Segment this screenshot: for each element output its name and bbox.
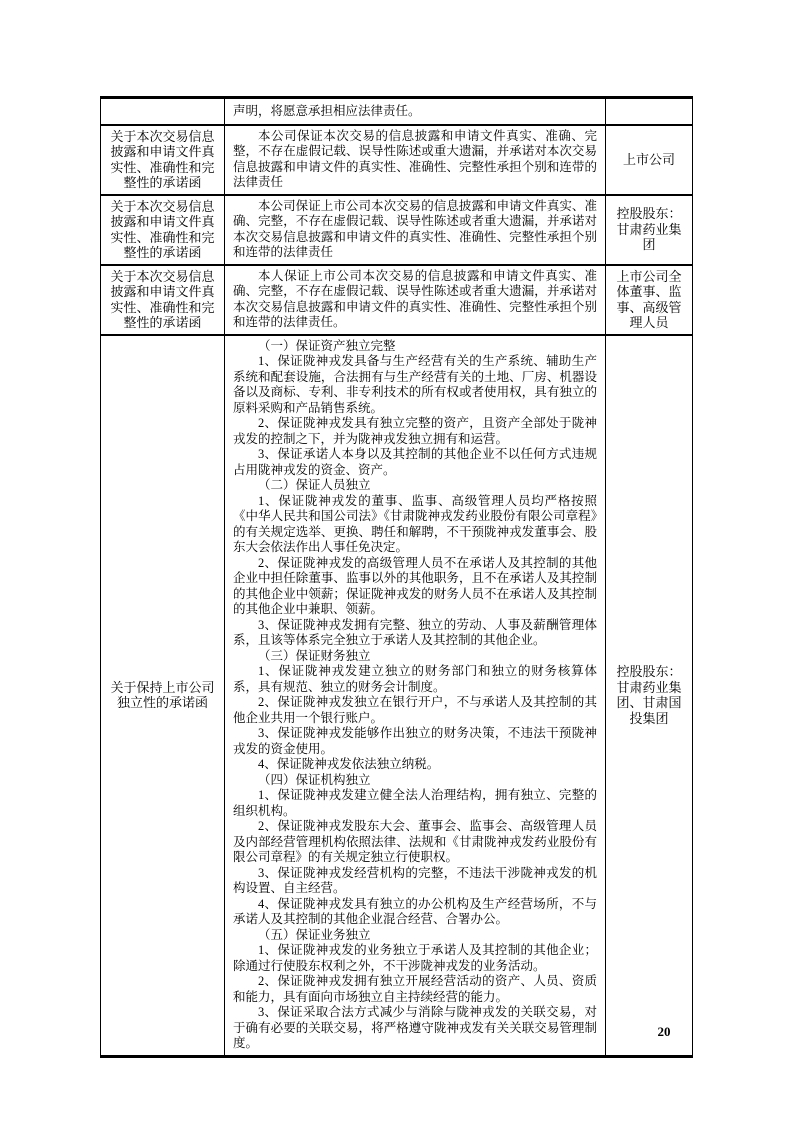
commitment-content-cell: （一）保证资产独立完整 1、保证陇神戎发具备与生产经营有关的生产系统、辅助生产系…	[225, 335, 606, 1057]
commitment-paragraph: 本人保证上市公司本次交易的信息披露和申请文件真实、准确、完整，不存在虚假记载、误…	[233, 269, 597, 331]
commitment-paragraph: 本公司保证本次交易的信息披露和申请文件真实、准确、完整，不存在虚假记载、误导性陈…	[233, 129, 597, 191]
commitment-paragraph: 2、保证陇神戎发的高级管理人员不在承诺人及其控制的其他企业中担任除董事、监事以外…	[233, 556, 597, 618]
table-row-disclosure-controlling-shareholder: 关于本次交易信息披露和申请文件真实性、准确性和完整性的承诺函 本公司保证上市公司…	[101, 195, 693, 265]
commitment-paragraph: 1、保证陇神戎发建立独立的财务部门和独立的财务核算体系，具有规范、独立的财务会计…	[233, 664, 597, 695]
commitment-paragraph: （三）保证财务独立	[233, 649, 597, 665]
commitment-paragraph: 1、保证陇神戎发具备与生产经营有关的生产系统、辅助生产系统和配套设施，合法拥有与…	[233, 354, 597, 416]
commitment-party-cell: 控股股东：甘肃药业集团	[606, 195, 693, 265]
commitment-paragraph: 声明，将愿意承担相应法律责任。	[233, 104, 597, 120]
commitment-party-cell: 控股股东：甘肃药业集团、甘肃国投集团	[606, 335, 693, 1057]
commitment-paragraph: 2、保证陇神戎发股东大会、董事会、监事会、高级管理人员及内部经营管理机构依照法律…	[233, 819, 597, 866]
commitment-content-cell: 本公司保证上市公司本次交易的信息披露和申请文件真实、准确、完整，不存在虚假记载、…	[225, 195, 606, 265]
commitment-paragraph: （一）保证资产独立完整	[233, 339, 597, 355]
commitments-table: 声明，将愿意承担相应法律责任。 关于本次交易信息披露和申请文件真实性、准确性和完…	[100, 96, 693, 1058]
commitment-title-cell: 关于本次交易信息披露和申请文件真实性、准确性和完整性的承诺函	[101, 195, 225, 265]
page-number: 20	[646, 1024, 682, 1040]
commitment-content-cell: 声明，将愿意承担相应法律责任。	[225, 98, 606, 125]
commitment-paragraph: 本公司保证上市公司本次交易的信息披露和申请文件真实、准确、完整，不存在虚假记载、…	[233, 199, 597, 261]
commitment-paragraph: 2、保证陇神戎发拥有独立开展经营活动的资产、人员、资质和能力，具有面向市场独立自…	[233, 974, 597, 1005]
commitment-paragraph: 2、保证陇神戎发具有独立完整的资产，且资产全部处于陇神戎发的控制之下，并为陇神戎…	[233, 416, 597, 447]
commitment-paragraph: 4、保证陇神戎发具有独立的办公机构及生产经营场所，不与承诺人及其控制的其他企业混…	[233, 897, 597, 928]
commitment-paragraph: 1、保证陇神戎发建立健全法人治理结构，拥有独立、完整的组织机构。	[233, 788, 597, 819]
commitment-title-cell: 关于本次交易信息披露和申请文件真实性、准确性和完整性的承诺函	[101, 265, 225, 335]
commitment-paragraph: 1、保证陇神戎发的董事、监事、高级管理人员均严格按照《中华人民共和国公司法》《甘…	[233, 494, 597, 556]
commitment-party-cell: 上市公司全体董事、监事、高级管理人员	[606, 265, 693, 335]
table-row-disclosure-listed-company: 关于本次交易信息披露和申请文件真实性、准确性和完整性的承诺函 本公司保证本次交易…	[101, 125, 693, 195]
commitment-title-cell: 关于保持上市公司独立性的承诺函	[101, 335, 225, 1057]
commitment-paragraph: 3、保证陇神戎发拥有完整、独立的劳动、人事及薪酬管理体系，且该等体系完全独立于承…	[233, 618, 597, 649]
commitment-party-cell: 上市公司	[606, 125, 693, 195]
commitment-paragraph: 3、保证承诺人本身以及其控制的其他企业不以任何方式违规占用陇神戎发的资金、资产。	[233, 447, 597, 478]
commitment-content-cell: 本公司保证本次交易的信息披露和申请文件真实、准确、完整，不存在虚假记载、误导性陈…	[225, 125, 606, 195]
document-page: 声明，将愿意承担相应法律责任。 关于本次交易信息披露和申请文件真实性、准确性和完…	[0, 0, 793, 1122]
commitment-party-cell	[606, 98, 693, 125]
commitment-paragraph: 3、保证采取合法方式减少与消除与陇神戎发的关联交易，对于确有必要的关联交易，将严…	[233, 1005, 597, 1052]
commitment-title-cell	[101, 98, 225, 125]
commitment-paragraph: 2、保证陇神戎发独立在银行开户，不与承诺人及其控制的其他企业共用一个银行账户。	[233, 695, 597, 726]
table-row-independence: 关于保持上市公司独立性的承诺函 （一）保证资产独立完整 1、保证陇神戎发具备与生…	[101, 335, 693, 1057]
commitment-paragraph: 3、保证陇神戎发能够作出独立的财务决策，不违法干预陇神戎发的资金使用。	[233, 726, 597, 757]
commitment-title-cell: 关于本次交易信息披露和申请文件真实性、准确性和完整性的承诺函	[101, 125, 225, 195]
commitment-paragraph: （五）保证业务独立	[233, 928, 597, 944]
commitment-content-cell: 本人保证上市公司本次交易的信息披露和申请文件真实、准确、完整，不存在虚假记载、误…	[225, 265, 606, 335]
table-row-disclosure-directors: 关于本次交易信息披露和申请文件真实性、准确性和完整性的承诺函 本人保证上市公司本…	[101, 265, 693, 335]
table-row-continuation: 声明，将愿意承担相应法律责任。	[101, 98, 693, 125]
commitment-paragraph: 3、保证陇神戎发经营机构的完整，不违法干涉陇神戎发的机构设置、自主经营。	[233, 866, 597, 897]
commitment-paragraph: （二）保证人员独立	[233, 478, 597, 494]
commitment-paragraph: 4、保证陇神戎发依法独立纳税。	[233, 757, 597, 773]
commitment-paragraph: 1、保证陇神戎发的业务独立于承诺人及其控制的其他企业；除通过行使股东权利之外，不…	[233, 943, 597, 974]
commitment-paragraph: （四）保证机构独立	[233, 773, 597, 789]
